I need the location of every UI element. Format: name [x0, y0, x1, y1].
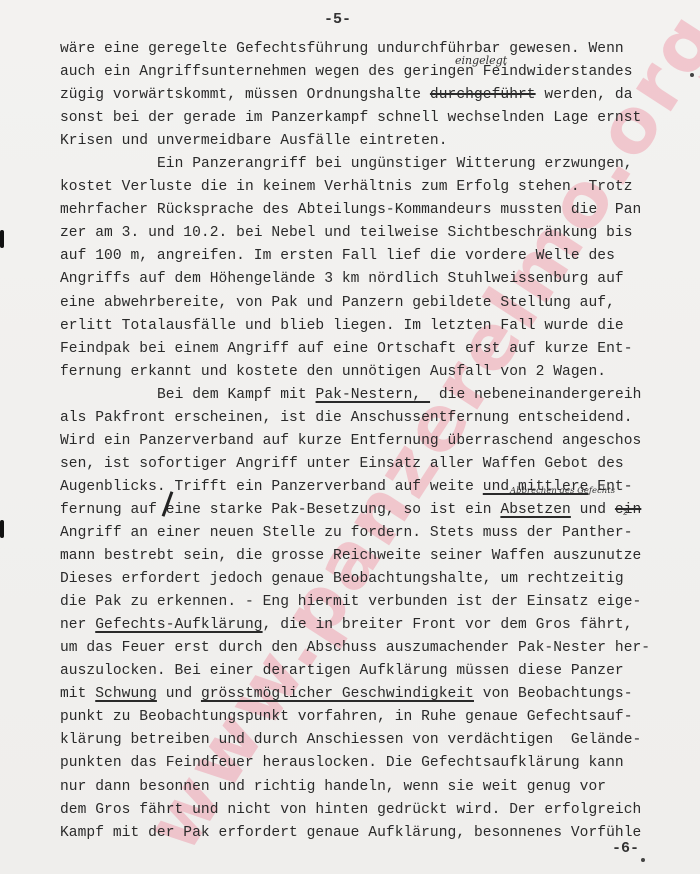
text-segment: ner — [60, 617, 95, 633]
underlined-text: grösstmöglicher Geschwindigkeit — [201, 686, 474, 702]
speck — [690, 73, 694, 77]
text-line: zügig vorwärtskommt, müssen Ordnungshalt… — [60, 84, 700, 107]
text-line: die Pak zu erkennen. - Eng hiermit verbu… — [60, 591, 700, 614]
speck — [641, 858, 645, 862]
text-segment: fernung auf eine starke Pak-Besetzung, s… — [60, 502, 500, 518]
handwritten-annotation: Abbrechen des Gefechts — [510, 486, 615, 496]
handwritten-annotation: eingelegt — [455, 54, 507, 67]
text-line: Angriffs auf dem Höhengelände 3 km nördl… — [60, 268, 700, 291]
text-line: erlitt Totalausfälle und blieb liegen. I… — [60, 315, 700, 338]
text-segment: zügig vorwärtskommt, müssen Ordnungshalt… — [60, 87, 430, 103]
text-line: Angriff an einer neuen Stelle zu fordern… — [60, 522, 700, 545]
text-line: auszulocken. Bei einer derartigen Aufklä… — [60, 660, 700, 683]
text-segment: mit — [60, 686, 95, 702]
text-line: um das Feuer erst durch den Abschuss aus… — [60, 637, 700, 660]
underlined-text: Schwung — [95, 686, 157, 702]
text-line: eine abwehrbereite, von Pak und Panzern … — [60, 292, 700, 315]
underlined-text: Absetzen — [500, 502, 570, 518]
text-line: auf 100 m, angreifen. Im ersten Fall lie… — [60, 245, 700, 268]
text-line: als Pakfront erscheinen, ist die Anschus… — [60, 407, 700, 430]
text-segment: von Beobachtungs- — [474, 686, 633, 702]
text-line: klärung betreiben und durch Anschiessen … — [60, 729, 700, 752]
text-line: Krisen und unvermeidbare Ausfälle eintre… — [60, 130, 700, 153]
text-line: fernung erkannt und kostete den unnötige… — [60, 361, 700, 384]
text-line: ner Gefechts-Aufklärung, die in breiter … — [60, 614, 700, 637]
text-line: Feindpak bei einem Angriff auf eine Orts… — [60, 338, 700, 361]
text-line: zer am 3. und 10.2. bei Nebel und teilwe… — [60, 222, 700, 245]
text-line: kostet Verluste die in keinem Verhältnis… — [60, 176, 700, 199]
struck-text: durchgeführt — [430, 87, 536, 103]
handwritten-annotation: z — [623, 508, 628, 518]
text-segment: , die in breiter Front vor dem Gros fähr… — [263, 617, 633, 633]
text-line: Dieses erfordert jedoch genaue Beobachtu… — [60, 568, 700, 591]
text-line: auch ein Angriffsunternehmen wegen des g… — [60, 61, 700, 84]
text-line: nur dann besonnen und richtig handeln, w… — [60, 776, 700, 799]
text-line: mehrfacher Rücksprache des Abteilungs-Ko… — [60, 199, 700, 222]
text-line: Ein Panzerangriff bei ungünstiger Witter… — [60, 153, 700, 176]
text-line: dem Gros fährt und nicht von hinten gedr… — [60, 799, 700, 822]
underlined-text: Pak-Nestern, — [316, 387, 431, 403]
text-line: punkten das Feindfeuer herauslocken. Die… — [60, 752, 700, 775]
binding-mark — [0, 230, 4, 248]
document-body: wäre eine geregelte Gefechtsführung undu… — [60, 38, 700, 845]
text-segment: werden, da — [536, 87, 633, 103]
text-segment: Augenblicks. Trifft ein Panzerverband au… — [60, 479, 483, 495]
text-line: Wird ein Panzerverband auf kurze Entfern… — [60, 430, 700, 453]
text-segment: und — [571, 502, 615, 518]
text-segment: und — [157, 686, 201, 702]
text-line: wäre eine geregelte Gefechtsführung undu… — [60, 38, 700, 61]
document-page: www.panzerelmo.org -5- wäre eine geregel… — [0, 0, 700, 874]
page-number-top: -5- — [324, 11, 351, 28]
text-line: mann bestrebt sein, die grosse Reichweit… — [60, 545, 700, 568]
underlined-text: Gefechts-Aufklärung — [95, 617, 262, 633]
text-line: fernung auf eine starke Pak-Besetzung, s… — [60, 499, 700, 522]
text-line: Kampf mit der Pak erfordert genaue Aufkl… — [60, 822, 700, 845]
text-segment: die nebeneinandergereih — [430, 387, 641, 403]
text-segment: Bei dem Kampf mit — [157, 387, 316, 403]
text-line: sonst bei der gerade im Panzerkampf schn… — [60, 107, 700, 130]
binding-mark — [0, 520, 4, 538]
text-line: sen, ist sofortiger Angriff unter Einsat… — [60, 453, 700, 476]
struck-text: ein — [615, 502, 641, 518]
text-line: Bei dem Kampf mit Pak-Nestern, die neben… — [60, 384, 700, 407]
text-line: punkt zu Beobachtungspunkt vorfahren, in… — [60, 706, 700, 729]
text-line: mit Schwung und grösstmöglicher Geschwin… — [60, 683, 700, 706]
